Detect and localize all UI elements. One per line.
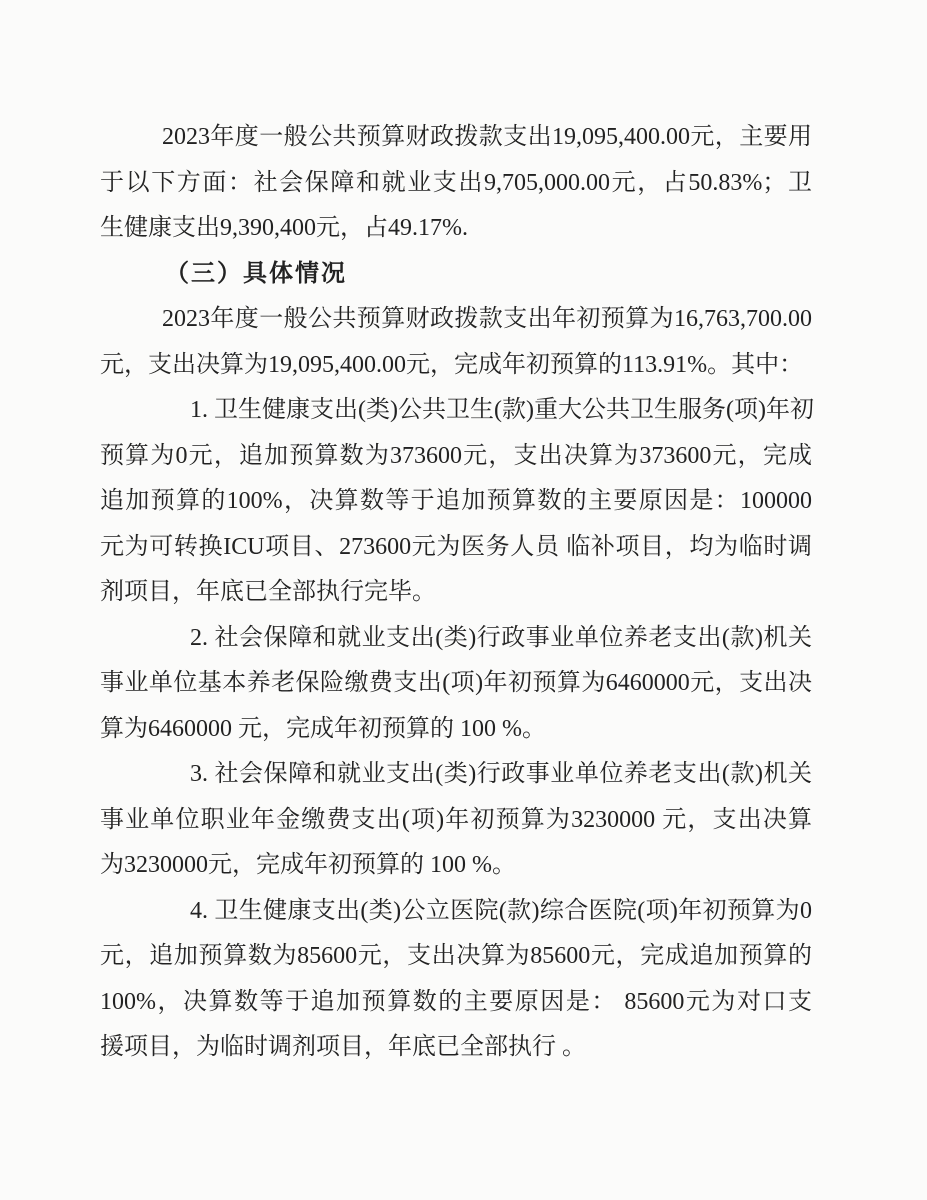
document-page: 2023年度一般公共预算财政拨款支出19,095,400.00元，主要用于以下方…: [0, 0, 927, 1200]
document-body: 2023年度一般公共预算财政拨款支出19,095,400.00元，主要用于以下方…: [100, 115, 812, 1071]
list-item: 3. 社会保障和就业支出(类)行政事业单位养老支出(款)机关事业单位职业年金缴费…: [100, 752, 812, 889]
list-item: 4. 卫生健康支出(类)公立医院(款)综合医院(项)年初预算为0元，追加预算数为…: [100, 889, 812, 1071]
text-line: 剂项目，年底已全部执行完毕。: [100, 570, 812, 616]
text-line: 100%，决算数等于追加预算数的主要原因是： 85600元为对口支: [100, 980, 812, 1026]
section-heading: （三）具体情况: [100, 252, 812, 298]
text-line: 2023年度一般公共预算财政拨款支出年初预算为16,763,700.00: [100, 297, 812, 343]
text-line: 2023年度一般公共预算财政拨款支出19,095,400.00元，主要用: [100, 115, 812, 161]
text-line: 为3230000元，完成年初预算的 100 %。: [100, 843, 812, 889]
text-line: （三）具体情况: [100, 252, 812, 298]
text-line: 追加预算的100%，决算数等于追加预算数的主要原因是：100000: [100, 479, 812, 525]
text-line: 于以下方面：社会保障和就业支出9,705,000.00元，占50.83%；卫: [100, 161, 812, 207]
text-line: 元，支出决算为19,095,400.00元，完成年初预算的113.91%。其中：: [100, 343, 812, 389]
list-item: 2. 社会保障和就业支出(类)行政事业单位养老支出(款)机关事业单位基本养老保险…: [100, 616, 812, 753]
list-item: 1. 卫生健康支出(类)公共卫生(款)重大公共卫生服务(项)年初预算为0元，追加…: [100, 388, 812, 616]
text-line: 事业单位基本养老保险缴费支出(项)年初预算为6460000元，支出决: [100, 661, 812, 707]
text-line: 生健康支出9,390,400元，占49.17%.: [100, 206, 812, 252]
text-line: 2. 社会保障和就业支出(类)行政事业单位养老支出(款)机关: [100, 616, 812, 662]
text-line: 预算为0元，追加预算数为373600元，支出决算为373600元，完成: [100, 434, 812, 480]
text-line: 算为6460000 元，完成年初预算的 100 %。: [100, 707, 812, 753]
text-line: 事业单位职业年金缴费支出(项)年初预算为3230000 元，支出决算: [100, 798, 812, 844]
paragraph: 2023年度一般公共预算财政拨款支出19,095,400.00元，主要用于以下方…: [100, 115, 812, 252]
text-line: 援项目，为临时调剂项目，年底已全部执行 。: [100, 1025, 812, 1071]
text-line: 元，追加预算数为85600元，支出决算为85600元，完成追加预算的: [100, 934, 812, 980]
text-line: 元为可转换ICU项目、273600元为医务人员 临补项目，均为临时调: [100, 525, 812, 571]
text-line: 1. 卫生健康支出(类)公共卫生(款)重大公共卫生服务(项)年初: [100, 388, 812, 434]
paragraph: 2023年度一般公共预算财政拨款支出年初预算为16,763,700.00元，支出…: [100, 297, 812, 388]
text-line: 4. 卫生健康支出(类)公立医院(款)综合医院(项)年初预算为0: [100, 889, 812, 935]
text-line: 3. 社会保障和就业支出(类)行政事业单位养老支出(款)机关: [100, 752, 812, 798]
